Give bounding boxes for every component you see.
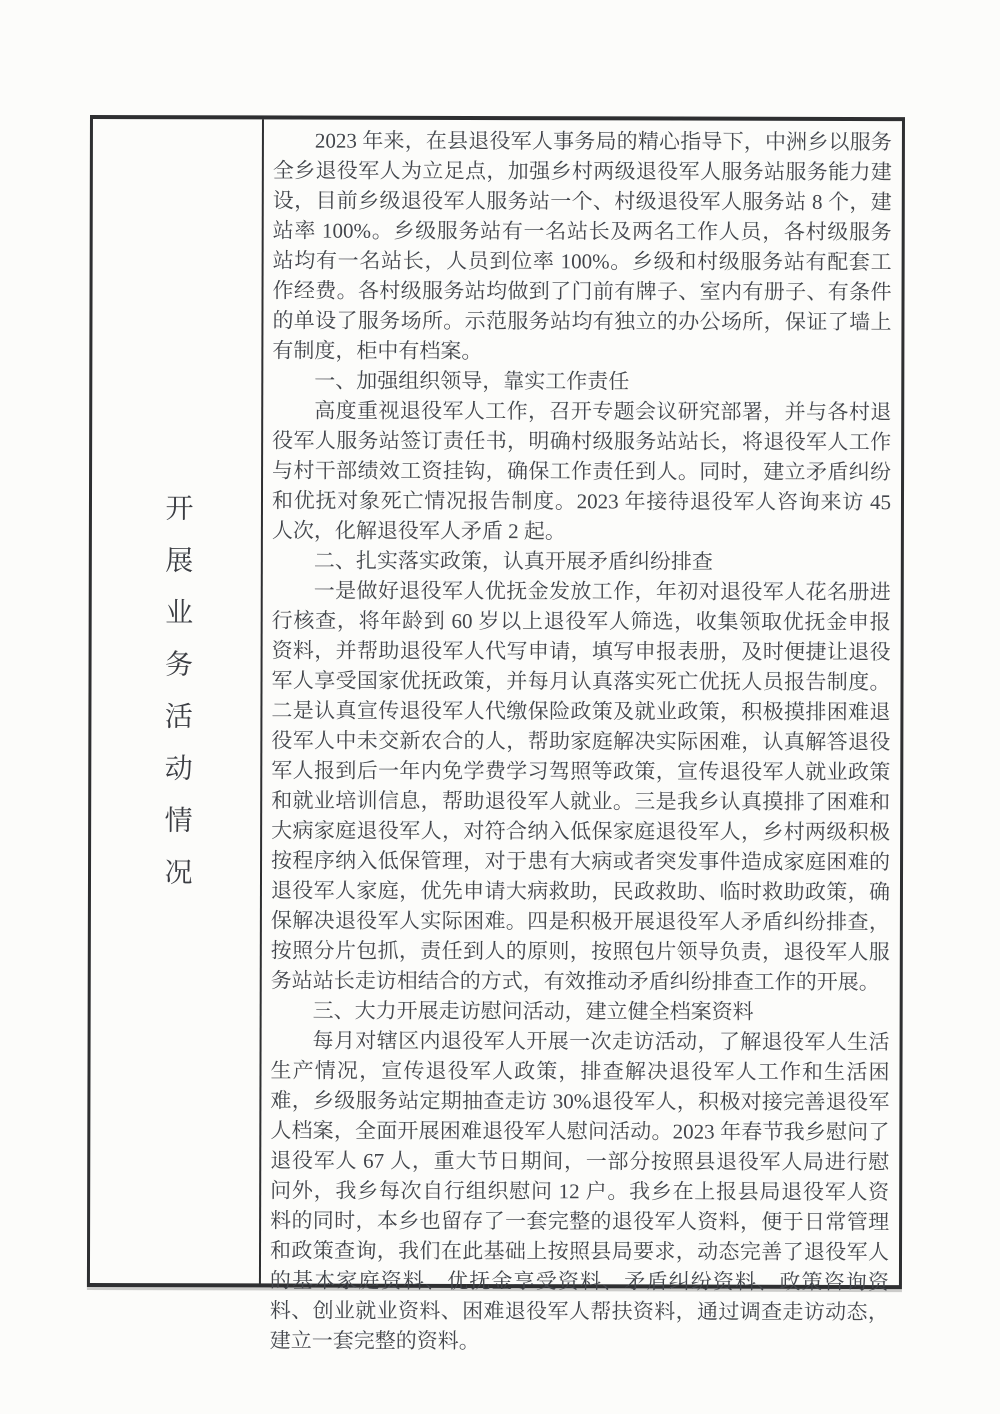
content-cell: 2023 年来，在县退役军人事务局的精心指导下，中洲乡以服务全乡退役军人为立足点… xyxy=(261,119,902,1285)
row-label-cell: 开展业务活动情况 xyxy=(90,119,264,1283)
section-1-paragraph: 高度重视退役军人工作，召开专题会议研究部署，并与各村退役军人服务站签订责任书，明… xyxy=(272,395,891,547)
section-2-heading: 二、扎实落实政策，认真开展矛盾纠纷排查 xyxy=(272,545,891,577)
section-3-heading: 三、大力开展走访慰问活动，建立健全档案资料 xyxy=(271,995,890,1027)
row-label-vertical-text: 开展业务活动情况 xyxy=(155,493,196,909)
scanned-document-page: 开展业务活动情况 2023 年来，在县退役军人事务局的精心指导下，中洲乡以服务全… xyxy=(0,0,1000,1414)
paragraph-overview: 2023 年来，在县退役军人事务局的精心指导下，中洲乡以服务全乡退役军人为立足点… xyxy=(272,125,892,367)
section-3-paragraph: 每月对辖区内退役军人开展一次走访活动，了解退役军人生活生产情况，宣传退役军人政策… xyxy=(270,1025,890,1357)
report-table: 开展业务活动情况 2023 年来，在县退役军人事务局的精心指导下，中洲乡以服务全… xyxy=(87,115,905,1289)
section-1-heading: 一、加强组织领导，靠实工作责任 xyxy=(272,365,891,397)
section-2-paragraph: 一是做好退役军人优抚金发放工作，年初对退役军人花名册进行核查，将年龄到 60 岁… xyxy=(271,575,891,997)
